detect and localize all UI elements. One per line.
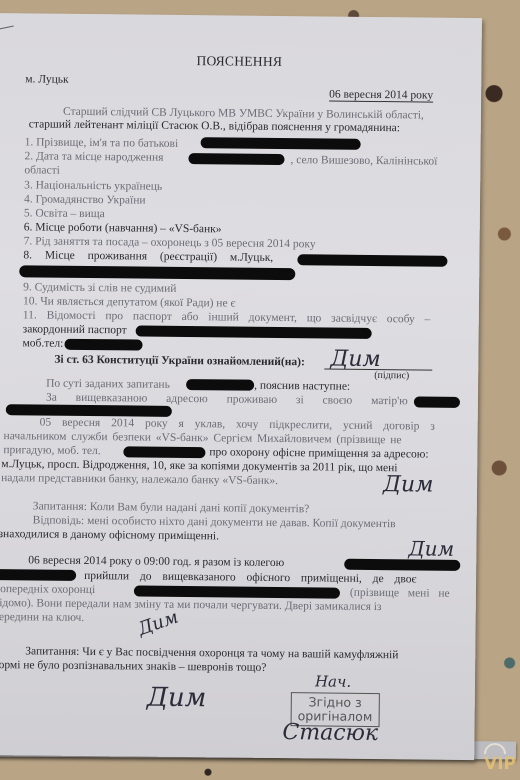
field-9: 9. Судимість зі слів не судимий	[23, 281, 176, 295]
redaction-address-2	[19, 265, 295, 280]
field-2-suffix: , село Вишезово, Калінінської	[290, 154, 437, 168]
signature-5: Дим	[147, 683, 207, 714]
watermark-logo: VIP	[484, 754, 516, 774]
answer-1-line-2: знаходилися в даному офісному приміщенні…	[0, 528, 219, 542]
paragraph-2-line-3b: про охорону офісне приміщення за адресою…	[209, 446, 428, 460]
redaction-mother	[414, 396, 460, 407]
stamp-handwritten-note: Нач.	[315, 672, 351, 690]
intro-line-2: старший лейтенант міліції Стасюк О.В., в…	[29, 118, 400, 134]
city: м. Луцьк	[25, 73, 68, 85]
document-date: 06 вересня 2014 року	[329, 89, 433, 103]
paragraph-3-line-3a: попередніх охоронці	[0, 583, 95, 596]
redaction-colleague-2	[0, 569, 76, 581]
signature-3: Дим	[408, 536, 454, 560]
redaction-full-name	[201, 137, 361, 150]
signature-4: Дим	[135, 607, 181, 640]
paragraph-2-line-3a: пригадую, моб. тел.	[3, 444, 100, 457]
field-phone: моб.тел:	[22, 337, 63, 349]
corner-mark	[0, 26, 14, 30]
field-2-cont: області	[24, 164, 60, 176]
signature-2: Дим	[383, 472, 434, 498]
redaction-address-1	[297, 254, 447, 267]
paragraph-3-line-2: прийшли до вищевказаного офісного приміщ…	[84, 570, 416, 585]
document-content: ПОЯСНЕННЯ м. Луцьк 06 вересня 2014 року …	[0, 13, 474, 18]
document-page: ПОЯСНЕННЯ м. Луцьк 06 вересня 2014 року …	[0, 13, 482, 760]
paragraph-3-line-5: середини на ключ.	[0, 611, 84, 624]
field-7: 7. Рід заняття та посада – охоронець з 0…	[24, 235, 316, 250]
field-4: 4. Громадянство України	[24, 193, 146, 206]
question-2-line-2: формі не було розпізнавальних знаків – ш…	[0, 659, 266, 674]
field-1-label: 1. Прізвище, ім'я та по батькові	[25, 136, 179, 150]
paragraph-3-line-4: відомо). Вони передали нам зміну та ми п…	[0, 597, 382, 613]
explain-intro-a: По суті заданих запитань	[46, 378, 170, 391]
redaction-phone	[64, 339, 142, 351]
field-8: 8. Місце проживання (реєстрації) м.Луцьк…	[23, 249, 273, 264]
question-2-line-1: Запитання: Чи є у Вас посвідчення охорон…	[25, 645, 398, 661]
investigator-signature: Стасюк	[282, 720, 378, 746]
answer-1-line-1: Відповідь: мені особисто ніхто дані доку…	[33, 514, 396, 530]
paragraph-3-line-1: 06 вересня 2014 року о 09:00 год. я разо…	[28, 554, 284, 569]
field-3: 3. Національність українець	[24, 179, 162, 192]
signature-caption: (підпис)	[374, 370, 409, 381]
redaction-colleague	[344, 559, 460, 571]
redaction-passport	[136, 326, 372, 339]
constitution-note: Зі ст. 63 Конституції України ознайомлен…	[54, 354, 305, 369]
question-1: Запитання: Коли Вам були надані дані коп…	[33, 500, 310, 515]
document-title: ПОЯСНЕННЯ	[196, 53, 282, 70]
paragraph-3-line-3b: (прізвище мені не	[350, 587, 450, 600]
redaction-phone-2	[123, 446, 205, 458]
redaction-mother-2	[6, 404, 172, 417]
field-2-label: 2. Дата та місце народження	[24, 150, 163, 163]
field-5: 5. Освіта – вища	[24, 207, 105, 220]
redaction-birth-date	[188, 153, 284, 165]
explain-intro-b: , пояснив наступне:	[254, 380, 350, 393]
redaction-name-2	[186, 379, 254, 391]
field-10: 10. Чи являється депутатом (якої Ради) н…	[23, 295, 236, 309]
field-6: 6. Місце роботи (навчання) – «VS-банк»	[24, 221, 222, 235]
field-11-cont: закордонний паспорт	[23, 323, 127, 336]
paragraph-2-line-5: надали представники банку, належало банк…	[1, 472, 278, 487]
redaction-guards	[134, 585, 340, 598]
